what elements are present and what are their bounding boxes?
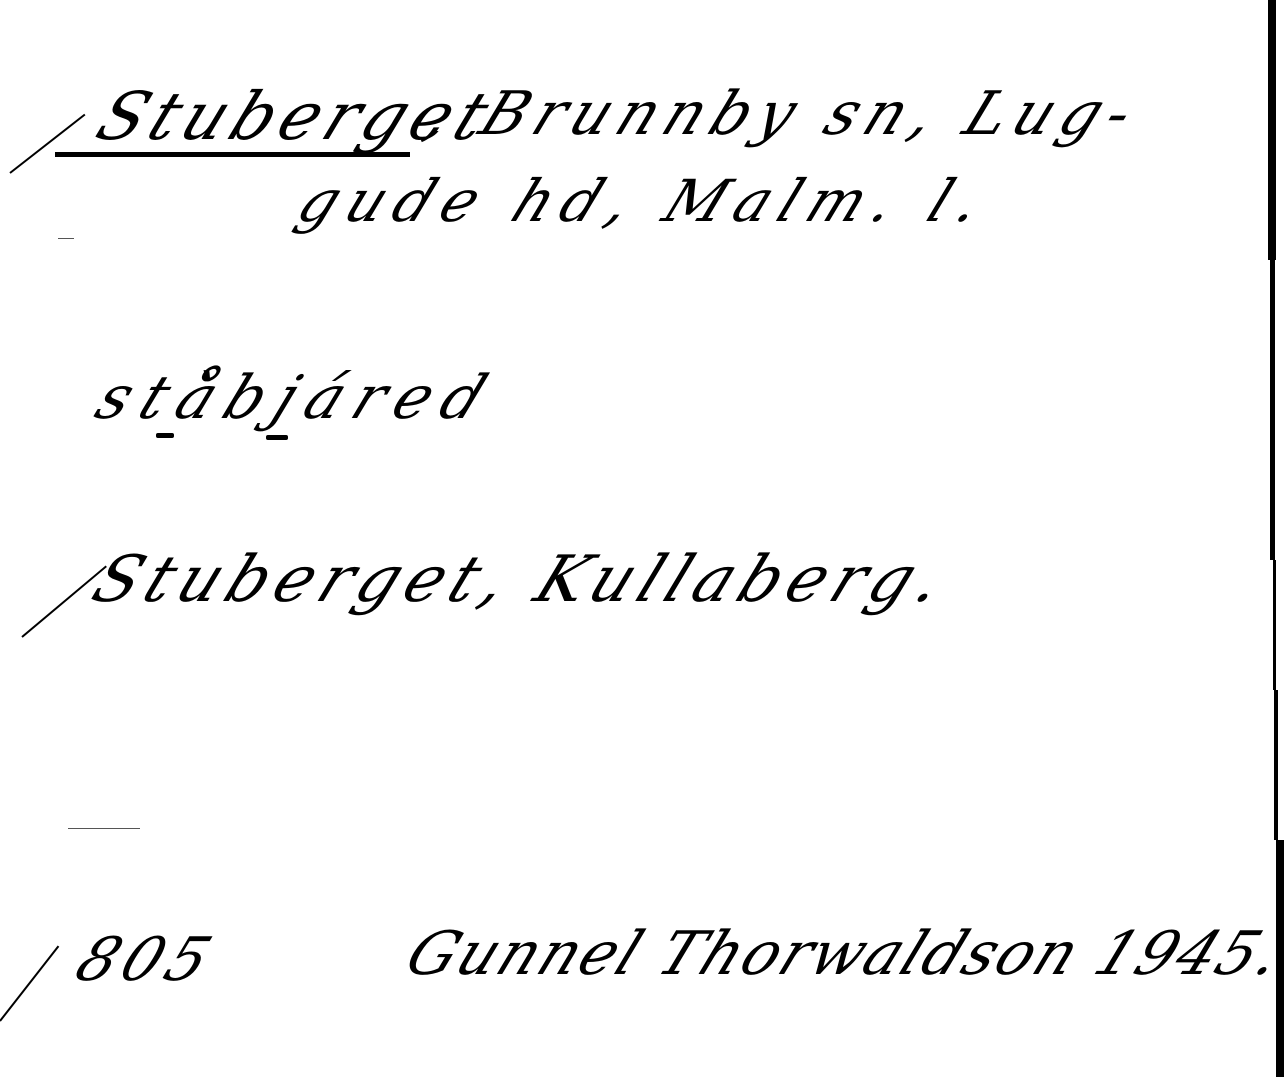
lead-in-stroke [9,114,85,174]
location-line-2: gude hd, Malm. l. [290,172,1001,230]
pronunciation: stå̀bjáred [88,368,506,428]
stress-mark [156,433,174,438]
stress-mark [266,435,288,440]
scan-speck [68,828,140,829]
scan-edge [1268,0,1276,260]
card-number: 805 [68,930,225,990]
scan-edge [1273,560,1276,690]
scan-speck [58,238,74,239]
lead-in-stroke [0,946,59,1022]
headword-underline [55,152,410,157]
index-card: Stuberget , Brunnby sn, Lug- gude hd, Ma… [0,0,1288,1077]
collector-signature: Gunnel Thorwaldson 1945. [398,924,1288,984]
scan-edge [1270,260,1275,560]
place-line: Stuberget, Kullaberg. [84,548,960,612]
location-line-1: , Brunnby sn, Lug- [418,84,1149,144]
scan-edge [1274,690,1278,840]
